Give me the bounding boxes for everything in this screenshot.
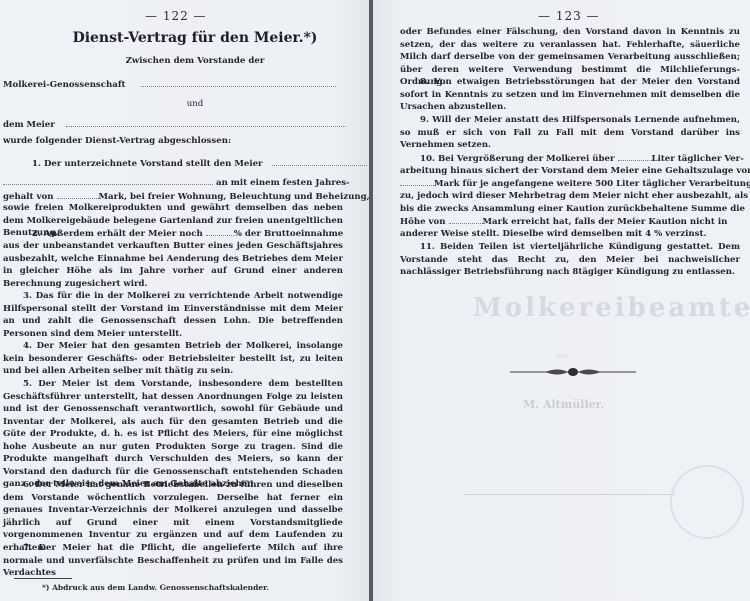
para11: 11. Beiden Teilen ist vierteljährliche K… [400, 241, 740, 279]
para10-line6-b: Mark erreicht hat, falls der Meier Kauti… [483, 217, 728, 227]
para1-line2: an mit einem festen Jahres- [3, 176, 350, 190]
para1-line2-text: an mit einem festen Jahres- [216, 178, 350, 188]
para1-start: 1. Der unterzeichnete Vorstand stellt de… [32, 159, 263, 169]
para2-a: 2. Außerdem erhält der Meier noch [32, 229, 203, 239]
para10-line6-a: Höhe von [400, 217, 446, 227]
ornament-divider [510, 366, 636, 378]
bleed-through-title: Molkereibeamte [473, 293, 750, 323]
para4: 4. Der Meier hat den gesamten Betrieb de… [3, 340, 343, 378]
para10-line4: zu, jedoch wird dieser Mehrbetrag dem Me… [400, 190, 748, 203]
para9-text: 9. Will der Meier anstatt des Hilfsperso… [400, 114, 740, 152]
para10-line3-text: Mark für je angefangene weitere 500 Lite… [434, 179, 750, 189]
footnote-rule [14, 578, 72, 579]
page-number: — 123 — [538, 9, 600, 23]
para10-line7: anderer Weise stellt. Dieselbe wird dems… [400, 228, 706, 241]
cooperative-label: Molkerei-Genossenschaft [3, 80, 126, 90]
para3-text: 3. Das für die in der Molkerei zu verric… [3, 290, 343, 340]
between-line: Zwischen dem Vorstande der [60, 55, 330, 68]
para11-text: 11. Beiden Teilen ist vierteljährliche K… [400, 241, 740, 279]
bleed-through-stamp [670, 465, 744, 539]
bleed-through-rule [465, 494, 675, 495]
fill-in-blank [3, 176, 213, 185]
para2-rest-text: aus der unbeanstandet verkauften Butter … [3, 240, 343, 290]
meier-line: dem Meier [3, 118, 346, 132]
left-page: — 122 — Dienst-Vertrag für den Meier.*) … [0, 0, 370, 601]
para8: 8. Von etwaigen Betriebsstörungen hat de… [400, 76, 740, 114]
para1-line3-b: Mark, bei freier Wohnung, Beleuchtung un… [99, 192, 370, 202]
document-title: Dienst-Vertrag für den Meier.*) [60, 30, 330, 46]
para2-b: % der Bruttoeinnahme [234, 229, 343, 239]
para1-line3-a: gehalt von [3, 192, 54, 202]
para9: 9. Will der Meier anstatt des Hilfsperso… [400, 114, 740, 152]
fill-in-blank [66, 118, 346, 127]
bleed-through-author: M. Altmüller. [523, 398, 604, 411]
para7: 7. Der Meier hat die Pflicht, die angeli… [3, 542, 343, 580]
book-spread: — 122 — Dienst-Vertrag für den Meier.*) … [0, 0, 750, 601]
bleed-through-von: von [556, 352, 569, 360]
cooperative-line: Molkerei-Genossenschaft [3, 78, 336, 92]
para2-rest: aus der unbeanstandet verkauften Butter … [3, 240, 343, 290]
meier-label: dem Meier [3, 120, 55, 130]
para10-line6: Höhe von Mark erreicht hat, falls der Me… [400, 215, 727, 229]
para1-start-line: 1. Der unterzeichnete Vorstand stellt de… [32, 157, 367, 171]
fill-in-blank [141, 78, 336, 87]
fill-in-blank [206, 227, 234, 236]
para3: 3. Das für die in der Molkerei zu verric… [3, 290, 343, 340]
fill-in-blank [449, 215, 483, 224]
para10-a: 10. Bei Vergrößerung der Molkerei über [420, 154, 615, 164]
para7-text: 7. Der Meier hat die Pflicht, die angeli… [3, 542, 343, 580]
para4-text: 4. Der Meier hat den gesamten Betrieb de… [3, 340, 343, 378]
para2-line1: 2. Außerdem erhält der Meier noch % der … [32, 227, 343, 241]
para10-line2: arbeitung hinaus sichert der Vorstand de… [400, 165, 750, 178]
page-number: — 122 — [145, 9, 207, 23]
fill-in-blank [618, 152, 652, 161]
fill-in-blank [57, 190, 99, 199]
para10-b: Liter täglicher Ver- [652, 154, 744, 164]
para5-text: 5. Der Meier ist dem Vorstande, insbeson… [3, 378, 343, 491]
footnote: *) Abdruck aus dem Landw. Genossenschaft… [42, 583, 269, 592]
para10-line1: 10. Bei Vergrößerung der Molkerei über L… [420, 152, 744, 166]
para10-line5: bis die zwecks Ansammlung einer Kaution … [400, 203, 745, 216]
fill-in-blank [272, 157, 367, 166]
para10-line3: Mark für je angefangene weitere 500 Lite… [400, 177, 750, 191]
para5: 5. Der Meier ist dem Vorstande, insbeson… [3, 378, 343, 491]
and-line: und [60, 98, 330, 111]
para8-text: 8. Von etwaigen Betriebsstörungen hat de… [400, 76, 740, 114]
fill-in-blank [400, 177, 434, 186]
concluded-line: wurde folgender Dienst-Vertrag abgeschlo… [3, 135, 231, 148]
